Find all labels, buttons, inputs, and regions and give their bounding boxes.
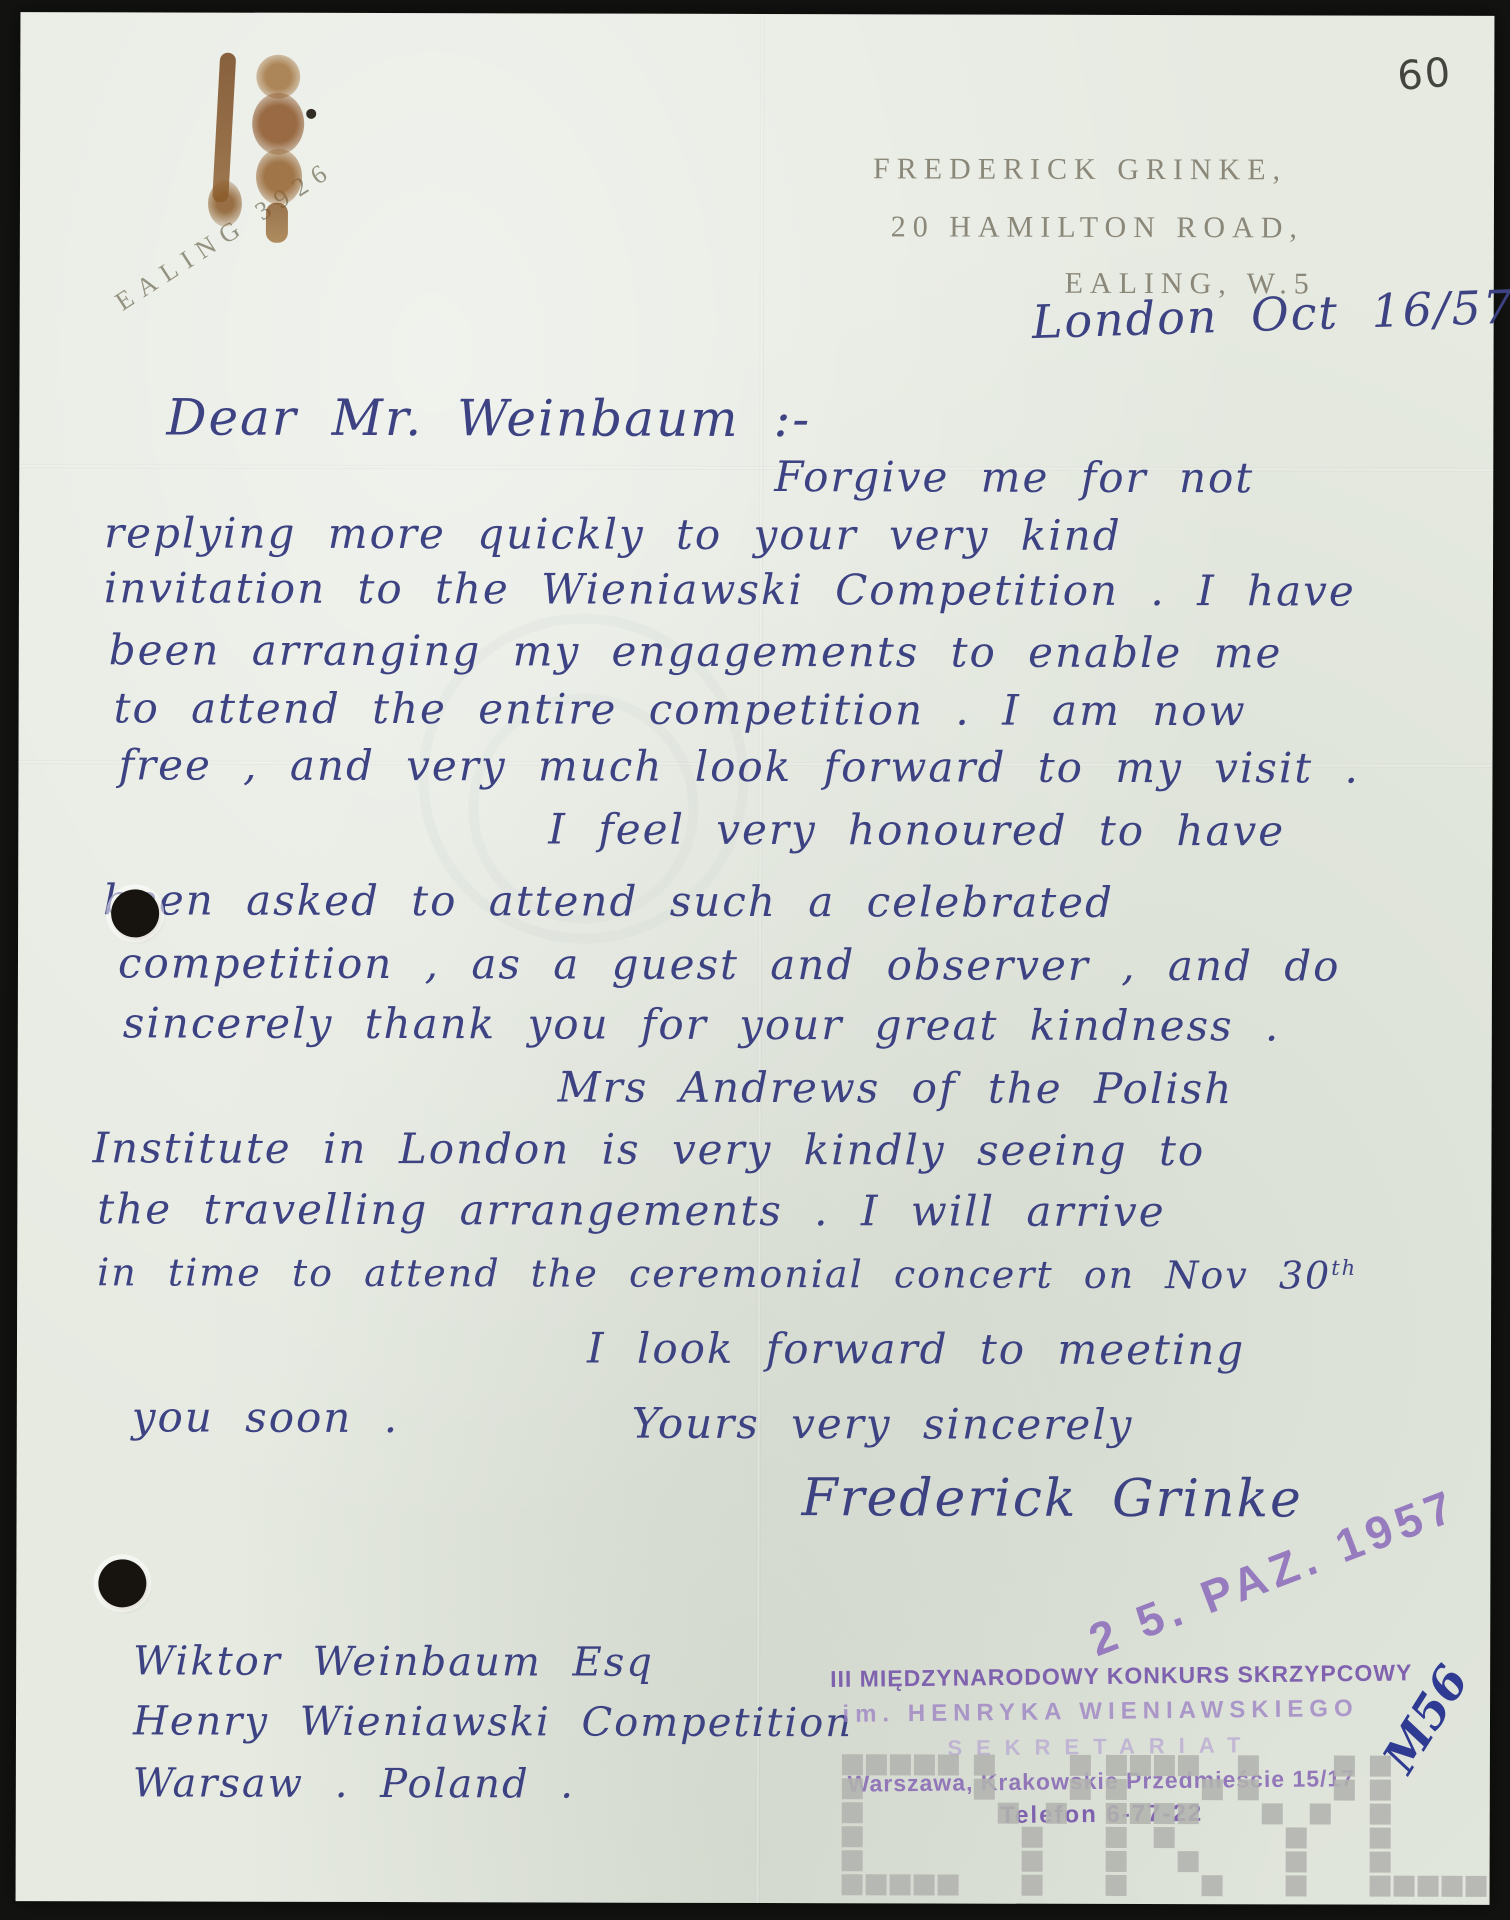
watermark-block	[1022, 1827, 1043, 1848]
letter-line: I feel very honoured to have	[548, 804, 1285, 855]
watermark-block	[1370, 1780, 1391, 1801]
watermark-block	[866, 1874, 887, 1895]
watermark-block	[1178, 1755, 1199, 1776]
stain	[20, 12, 1494, 16]
watermark-block	[914, 1754, 935, 1775]
watermark-block	[1178, 1803, 1199, 1824]
letter-line: Institute in London is very kindly seein…	[92, 1123, 1205, 1175]
org-stamp-line2: im. HENRYKA WIENIAWSKIEGO	[830, 1695, 1370, 1729]
watermark-block	[1394, 1876, 1415, 1897]
letter-line: invitation to the Wieniawski Competition…	[104, 563, 1356, 615]
salutation: Dear Mr. Weinbaum :-	[166, 388, 811, 448]
watermark-block	[1370, 1876, 1391, 1897]
recipient-line: Warsaw . Poland .	[133, 1760, 575, 1807]
watermark-block	[1238, 1755, 1259, 1776]
letter-line: competition , as a guest and observer , …	[118, 938, 1341, 990]
watermark-block	[842, 1850, 863, 1871]
watermark-block	[1106, 1827, 1127, 1848]
watermark-block	[890, 1874, 911, 1895]
letter-line: been arranging my engagements to enable …	[109, 625, 1283, 677]
watermark-block	[866, 1754, 887, 1775]
watermark-block	[938, 1754, 959, 1775]
watermark-block	[1370, 1828, 1391, 1849]
watermark-block	[1202, 1875, 1223, 1896]
recipient-line: Henry Wieniawski Competition	[133, 1698, 853, 1746]
watermark-block	[1334, 1756, 1355, 1777]
watermark-block	[1106, 1851, 1127, 1872]
watermark-block	[1070, 1779, 1091, 1800]
letter-line: been asked to attend such a celebrated	[103, 875, 1114, 927]
watermark-block	[1202, 1779, 1223, 1800]
recipient-line: Wiktor Weinbaum Esq	[133, 1638, 654, 1685]
letter-line: you soon .	[132, 1392, 399, 1442]
closing-line: Yours very sincerely	[632, 1399, 1134, 1449]
watermark-block	[1106, 1875, 1127, 1896]
letter-line: the travelling arrangements . I will arr…	[97, 1184, 1165, 1236]
watermark-block	[1154, 1803, 1175, 1824]
watermark-block	[1130, 1755, 1151, 1776]
archival-page-number: 60	[1395, 50, 1454, 100]
watermark-block	[1106, 1803, 1127, 1824]
watermark-block	[1262, 1803, 1283, 1824]
letter-line: replying more quickly to your very kind	[104, 508, 1122, 560]
watermark-block	[1130, 1803, 1151, 1824]
watermark-block	[1370, 1804, 1391, 1825]
watermark-block	[890, 1754, 911, 1775]
scanned-letter: 60 EALING 3926 FREDERICK GRINKE, 20 HAMI…	[0, 0, 1510, 1920]
watermark-block	[842, 1778, 863, 1799]
watermark-block	[1370, 1756, 1391, 1777]
watermark-block	[1286, 1851, 1307, 1872]
watermark-block	[998, 1803, 1019, 1824]
ordinal-superscript: th	[1331, 1256, 1357, 1280]
watermark-block	[1418, 1876, 1439, 1897]
watermark-block	[1178, 1851, 1199, 1872]
letter-line: I look forward to meeting	[587, 1324, 1245, 1375]
watermark-block	[1466, 1876, 1487, 1897]
letter-line: free , and very much look forward to my …	[118, 740, 1360, 792]
watermark-block	[1106, 1755, 1127, 1776]
watermark-block	[1334, 1780, 1355, 1801]
watermark-block	[1286, 1875, 1307, 1896]
horizontal-fold-crease	[19, 464, 1493, 472]
watermark-block	[842, 1874, 863, 1895]
signature: Frederick Grinke	[802, 1468, 1303, 1529]
letter-line: Mrs Andrews of the Polish	[558, 1062, 1234, 1113]
watermark-block	[1070, 1755, 1091, 1776]
watermark-block	[1286, 1827, 1307, 1848]
letter-line-text: in time to attend the ceremonial concert…	[97, 1250, 1331, 1297]
watermark-block	[1370, 1852, 1391, 1873]
watermark-block	[1310, 1803, 1331, 1824]
watermark-block	[1022, 1851, 1043, 1872]
watermark-block	[1046, 1803, 1067, 1824]
punch-hole-top	[111, 889, 159, 937]
watermark-block	[842, 1754, 863, 1775]
punch-hole-bottom	[98, 1559, 146, 1607]
letterhead-street: 20 HAMILTON ROAD,	[891, 210, 1304, 245]
watermark-block	[842, 1802, 863, 1823]
org-stamp-line1: III MIĘDZYNARODOWY KONKURS SKRZYPCOWY	[830, 1660, 1370, 1693]
letter-page: 60 EALING 3926 FREDERICK GRINKE, 20 HAMI…	[16, 12, 1495, 1905]
watermark-block	[1238, 1779, 1259, 1800]
letter-line: in time to attend the ceremonial concert…	[97, 1250, 1357, 1297]
watermark-block	[842, 1826, 863, 1847]
watermark-block	[914, 1874, 935, 1895]
watermark-block	[1154, 1755, 1175, 1776]
letter-line: sincerely thank you for your great kindn…	[123, 998, 1281, 1050]
watermark-block	[938, 1874, 959, 1895]
watermark-block	[1442, 1876, 1463, 1897]
watermark-block	[1022, 1875, 1043, 1896]
watermark-block	[974, 1779, 995, 1800]
letter-line: Forgive me for not	[774, 452, 1254, 502]
watermark-block	[1106, 1779, 1127, 1800]
cyryl-watermark	[842, 1754, 1492, 1900]
letter-line: to attend the entire competition . I am …	[114, 683, 1247, 735]
letterhead-name: FREDERICK GRINKE,	[873, 152, 1287, 187]
watermark-block	[974, 1755, 995, 1776]
watermark-block	[1154, 1827, 1175, 1848]
